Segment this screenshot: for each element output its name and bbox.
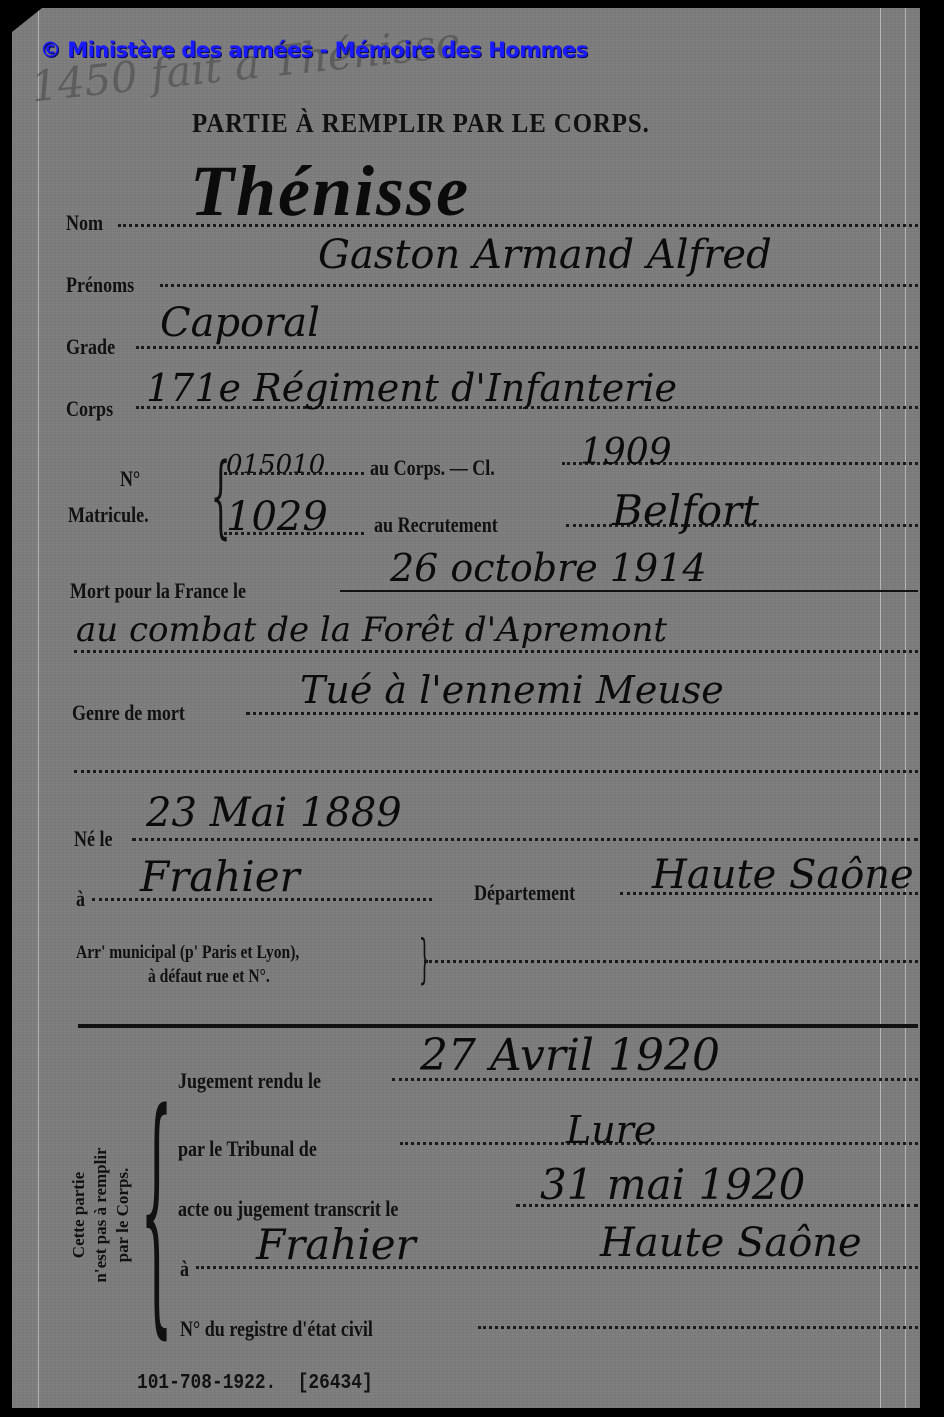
value-dept-transcrit: Haute Saône	[600, 1220, 862, 1266]
label-arrondissement-1: Arr' municipal (p' Paris et Lyon),	[76, 942, 299, 964]
value-classe: 1909	[580, 432, 672, 473]
brace: {	[140, 1080, 173, 1340]
value-mort-date: 26 octobre 1914	[390, 546, 707, 590]
label-grade: Grade	[66, 334, 115, 360]
label-genre-mort: Genre de mort	[72, 700, 185, 726]
label-registre: N° du registre d'état civil	[180, 1316, 373, 1342]
value-prenoms: Gaston Armand Alfred	[318, 232, 772, 278]
value-recrutement-place: Belfort	[612, 486, 759, 535]
dotted-line	[478, 1326, 918, 1329]
value-genre-mort: Tué à l'ennemi Meuse	[300, 668, 724, 712]
label-ne-le: Né le	[74, 826, 113, 852]
dotted-line	[74, 650, 918, 653]
section-divider	[78, 1024, 918, 1028]
label-tribunal: par le Tribunal de	[178, 1136, 317, 1162]
label-a-transcrit: à	[180, 1256, 189, 1282]
value-matricule-corps: 015010	[226, 450, 325, 480]
label-jugement-rendu: Jugement rendu le	[178, 1068, 321, 1094]
dotted-line	[136, 346, 918, 349]
label-matricule: Matricule.	[68, 502, 149, 528]
value-nom: Thénisse	[190, 150, 470, 233]
value-lieu-transcrit: Frahier	[256, 1220, 416, 1269]
dotted-line	[424, 960, 918, 963]
dotted-line	[132, 838, 918, 841]
section-title: PARTIE À REMPLIR PAR LE CORPS.	[192, 108, 650, 139]
value-grade: Caporal	[160, 300, 320, 346]
dotted-line	[160, 284, 918, 287]
dotted-line	[246, 712, 918, 715]
value-mort-lieu: au combat de la Forêt d'Apremont	[76, 610, 667, 650]
label-corps: Corps	[66, 396, 113, 422]
value-transcrit: 31 mai 1920	[540, 1160, 805, 1209]
label-no: N°	[120, 466, 140, 492]
copyright-watermark: © Ministère des armées - Mémoire des Hom…	[40, 38, 588, 62]
label-mort: Mort pour la France le	[70, 578, 246, 604]
label-nom: Nom	[66, 210, 103, 236]
label-transcrit: acte ou jugement transcrit le	[178, 1196, 398, 1222]
value-lieu-naissance: Frahier	[140, 852, 300, 901]
dotted-line	[224, 532, 364, 535]
dotted-line	[74, 770, 918, 773]
reference-number: [26434]	[298, 1372, 373, 1395]
label-recrutement: au Recrutement	[374, 512, 498, 538]
value-tribunal: Lure	[566, 1108, 656, 1152]
label-departement: Département	[474, 880, 575, 906]
underline	[340, 590, 918, 592]
print-code: 101-708-1922. [26434]	[137, 1372, 373, 1395]
dotted-line	[400, 1142, 918, 1145]
label-prenoms: Prénoms	[66, 272, 134, 298]
value-jugement-rendu: 27 Avril 1920	[420, 1030, 720, 1081]
label-a: à	[76, 886, 85, 912]
label-au-corps: au Corps. — Cl.	[370, 455, 495, 481]
value-ne-le: 23 Mai 1889	[146, 790, 402, 836]
label-arrondissement-2: à défaut rue et N°.	[148, 966, 270, 988]
value-corps: 171e Régiment d'Infanterie	[146, 366, 677, 410]
side-note: Cette partie n'est pas à remplir par le …	[68, 1130, 134, 1300]
dotted-line	[224, 472, 364, 475]
value-departement: Haute Saône	[652, 852, 914, 898]
